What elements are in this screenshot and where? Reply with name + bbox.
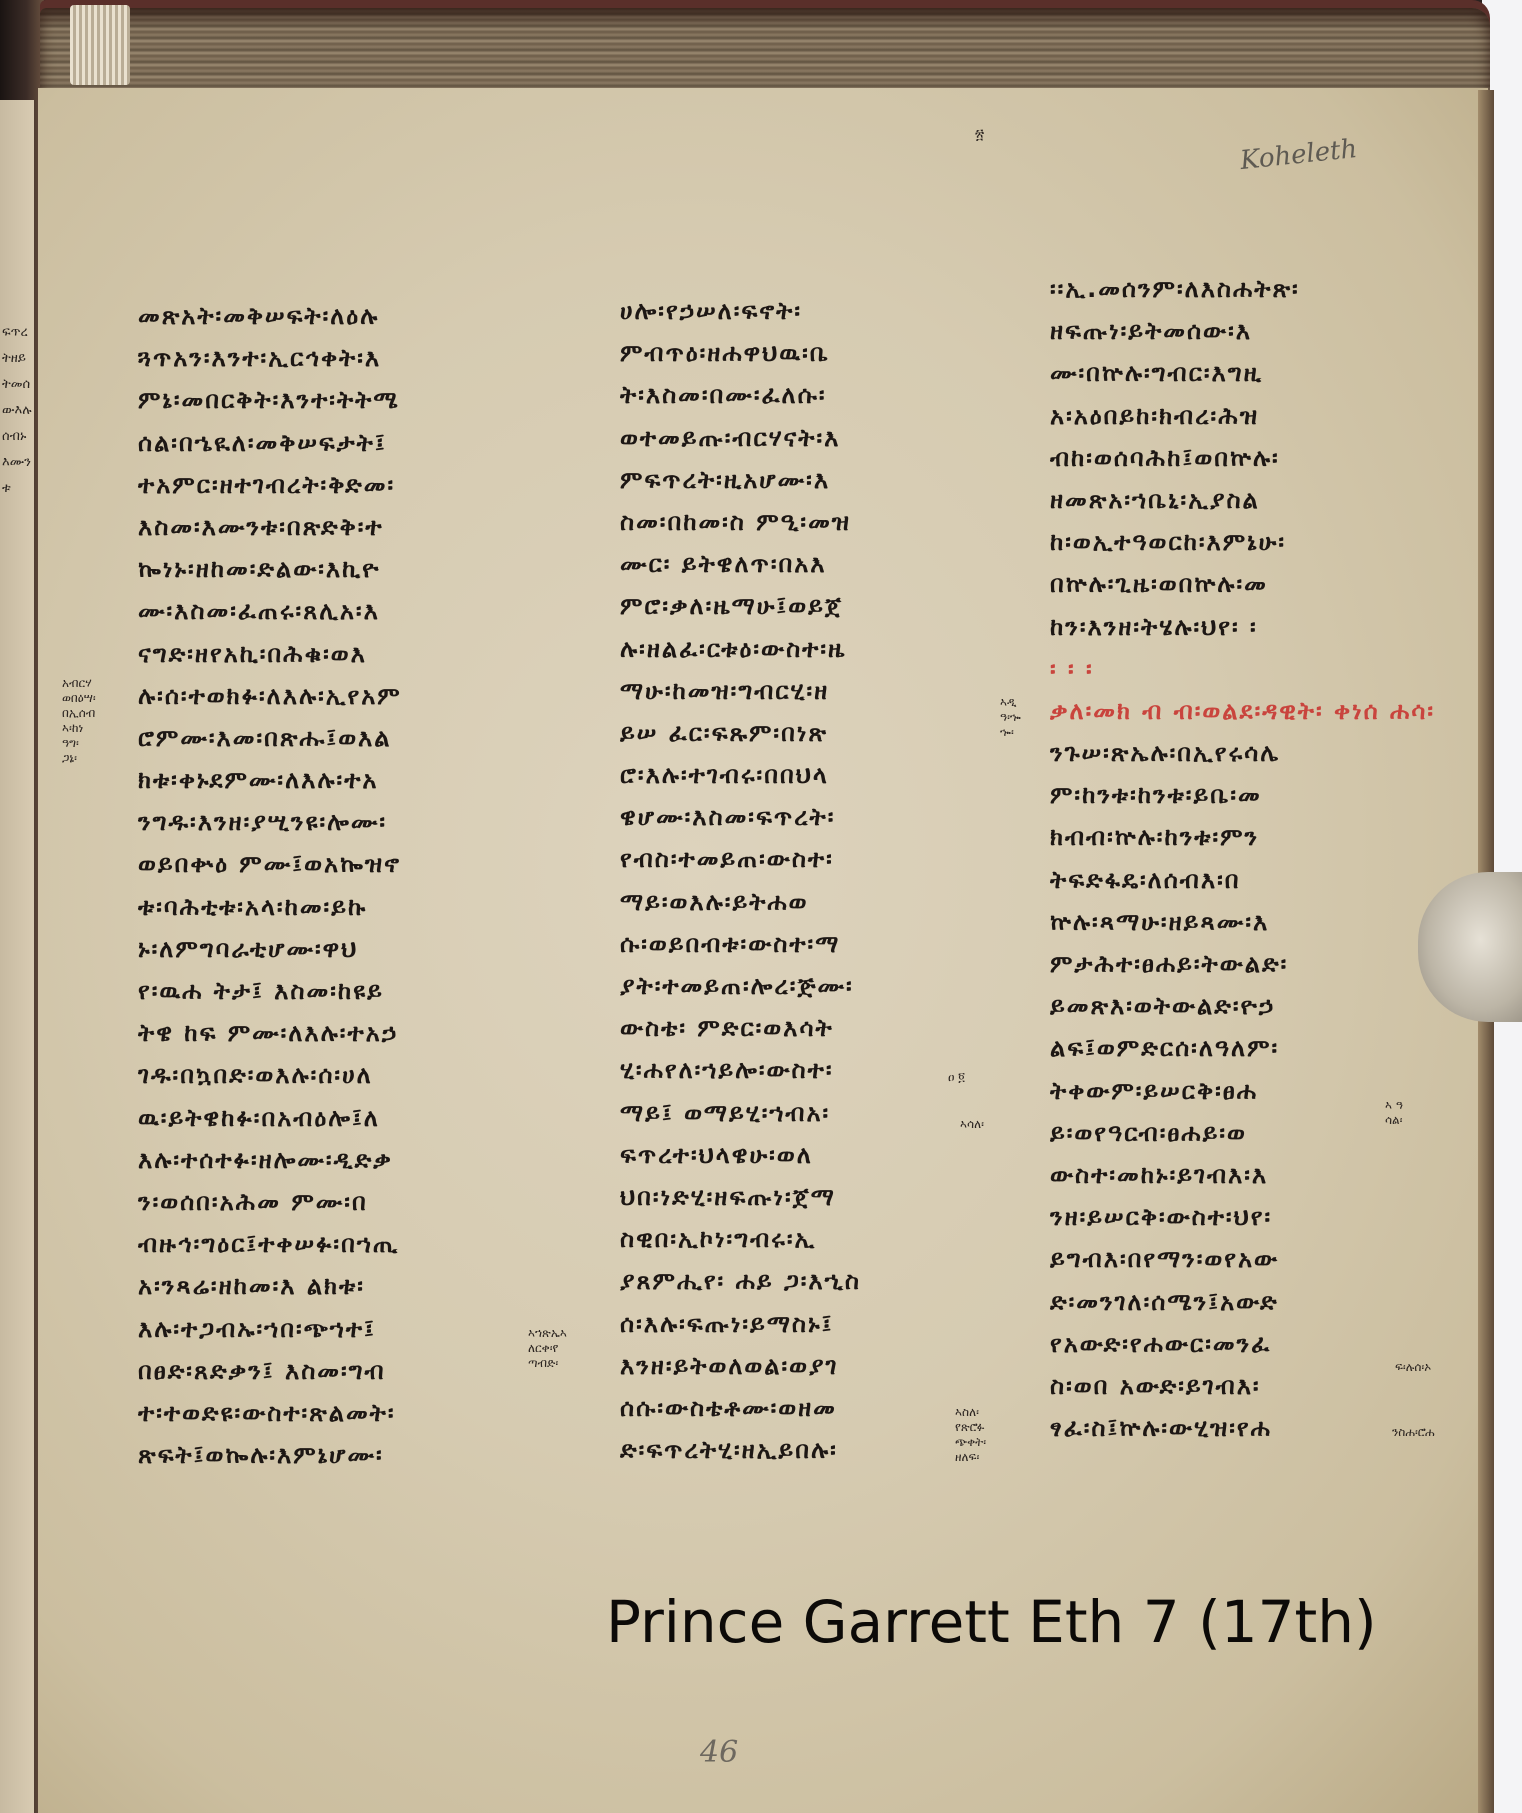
text-line: ማይ፤ ወማይሂ፡ኀብአ፡ bbox=[620, 1092, 1010, 1134]
text-line: ዘመጽአ፡ኀቤኒ፡ኢያስል bbox=[1050, 479, 1460, 521]
text-line: ምፍጥረት፡ዚአሆሙ፡እ bbox=[620, 459, 1010, 501]
text-line: ህበ፡ነድሂ፡ዘፍጡነ፡ጀማ bbox=[620, 1176, 1010, 1218]
text-line: ሮምሙ፡እመ፡በጽሑ፤ወእል bbox=[138, 717, 538, 759]
text-line: ፡ ፡ ፡ bbox=[1050, 648, 1460, 690]
text-line: ሀሎ፡የኃሠለ፡ፍኖት፡ bbox=[620, 290, 1010, 332]
text-line: ማይ፡ወእሉ፡ይትሐወ bbox=[620, 881, 1010, 923]
previous-leaf-text: ፍጥረትዘይትመሰውእሉሰብኑእሙንቱ bbox=[2, 320, 32, 502]
text-line: ቱ፡ባሕቲቱ፡አላ፡ከመ፡ይኩ bbox=[138, 886, 538, 928]
text-line: እሉ፡ተጋብኡ፡ኀበ፡ጭኀተ፤ bbox=[138, 1308, 538, 1350]
text-line: ይግብእ፡በየማን፡ወየአው bbox=[1050, 1238, 1460, 1280]
text-line: ከ፡ወኢተዓወርከ፡እምኔሁ፡ bbox=[1050, 521, 1460, 563]
text-line: ት፡እስመ፡በሙ፡ፈለሱ፡ bbox=[620, 374, 1010, 416]
text-line: እስመ፡እሙንቱ፡በጽድቅ፡ተ bbox=[138, 506, 538, 548]
top-mark: ፳ bbox=[975, 128, 984, 143]
text-line: ወተመይጡ፡ብርሃናት፡እ bbox=[620, 417, 1010, 459]
text-line: ሰ፡እሉ፡ፍጡነ፡ይማስኑ፤ bbox=[620, 1303, 1010, 1345]
text-line: አ፡አዕበይከ፡ክብረ፡ሕዝ bbox=[1050, 395, 1460, 437]
text-line: ድ፡መንገለ፡ሰሜን፤አውድ bbox=[1050, 1281, 1460, 1323]
text-column-b: ሀሎ፡የኃሠለ፡ፍኖት፡ምብጥዕ፡ዘሐዋህዉ፡ቤት፡እስመ፡በሙ፡ፈለሱ፡ወተመ… bbox=[620, 290, 1010, 1471]
text-line: ድ፡ፍጥረትሂ፡ዘኢይበሉ፡ bbox=[620, 1429, 1010, 1471]
margin-note-right-bottom: ንስሐ፡ሮሐ bbox=[1392, 1425, 1435, 1440]
text-line: ንዘ፡ይሠርቅ፡ውስተ፡ህየ፡ bbox=[1050, 1196, 1460, 1238]
margin-note-left: አብርሃ ወበዕሣ፡ በኢሰብ ኣ፡ከነ ዓግ፡ ጋኔ፡ bbox=[62, 676, 96, 766]
text-line: ምኔ፡መበርቅት፡እንተ፡ትትሜ bbox=[138, 379, 538, 421]
caption-label: Prince Garrett Eth 7 (17th) bbox=[606, 1588, 1377, 1656]
text-line: ምብጥዕ፡ዘሐዋህዉ፡ቤ bbox=[620, 332, 1010, 374]
text-line: ያጸምሒየ፡ ሐይ ጋ፡እኂስ bbox=[620, 1260, 1010, 1302]
text-line: ሉ፡ሰ፡ተወክፉ፡ለእሉ፡ኢየአም bbox=[138, 675, 538, 717]
folio-number: 46 bbox=[700, 1735, 738, 1770]
text-line: ዉ፡ይትዌከፉ፡በአብዕሎ፤ለ bbox=[138, 1097, 538, 1139]
text-line: ስመ፡በከመ፡ስ ምዒ፡መዝ bbox=[620, 501, 1010, 543]
text-line: ሙ፡በኵሉ፡ግብር፡እግዚ bbox=[1050, 352, 1460, 394]
text-line: የ፡ዉሐ ትታ፤ እስመ፡ከዩይ bbox=[138, 970, 538, 1012]
text-line: ኑ፡ለምግባራቲሆሙ፡ዋህ bbox=[138, 928, 538, 970]
text-line: ምሮ፡ቃለ፡ዜማሁ፤ወይጀ bbox=[620, 585, 1010, 627]
text-line: በፀድ፡ጸድቃን፤ እስመ፡ግብ bbox=[138, 1350, 538, 1392]
margin-note-right-mid: ኣ ዓ ሳል፡ bbox=[1385, 1098, 1403, 1128]
text-column-a: መጽአት፡መቅሠፍት፡ለዕሉጓጥአን፡እንተ፡ኢርኅቀት፡እምኔ፡መበርቅት፡እ… bbox=[138, 295, 538, 1476]
text-line: ትፍድፋዴ፡ለሰብእ፡በ bbox=[1050, 859, 1460, 901]
text-line: ንጉሠ፡ጽኤሉ፡በኢየሩሳሌ bbox=[1050, 732, 1460, 774]
margin-note-mid-lower: ኣሳለ፡ bbox=[960, 1117, 984, 1132]
text-line: ሮ፡እሉ፡ተገብሩ፡በበህላ bbox=[620, 754, 1010, 796]
text-line: ቃለ፡መክ ብ ብ፡ወልደ፡ዳዊት፡ ቀነሰ ሐሳ፡ bbox=[1050, 690, 1460, 732]
text-line: ይመጽእ፡ወትውልድ፡ዮኃ bbox=[1050, 985, 1460, 1027]
page-top-edge bbox=[40, 8, 1490, 98]
text-line: ሱ፡ወይበብቱ፡ውስተ፡ማ bbox=[620, 923, 1010, 965]
text-line: ን፡ወሰበ፡አሕመ ምሙ፡በ bbox=[138, 1181, 538, 1223]
text-line: ንግዱ፡እንዘ፡ያሢንዩ፡ሎሙ፡ bbox=[138, 801, 538, 843]
text-line: ኰነኑ፡ዘከመ፡ድልው፡እኪዮ bbox=[138, 548, 538, 590]
text-line: ዌሆሙ፡እስመ፡ፍጥረት፡ bbox=[620, 796, 1010, 838]
text-line: ፍጥረተ፡ህላዌሁ፡ወለ bbox=[620, 1134, 1010, 1176]
text-line: ወይበቍዕ ምሙ፤ወአኰዝኖ bbox=[138, 843, 538, 885]
margin-note-right-lower: ፍ፡ሉሰ፡ኦ bbox=[1395, 1360, 1431, 1375]
text-line: ብከ፡ወሰባሕከ፤ወበኵሉ፡ bbox=[1050, 437, 1460, 479]
previous-leaf: ፍጥረትዘይትመሰውእሉሰብኑእሙንቱ bbox=[0, 100, 34, 1813]
margin-note-mid-bottom-left: ኣኀጽኤኣ ለርቀ፡የ ጣብድ፡ bbox=[528, 1326, 567, 1371]
margin-note-right-upper: ኣዲ ዓ፡ኈ ኈ፡ bbox=[1000, 695, 1021, 740]
text-line: ይሠ ፈር፡ፍጹም፡በነጽ bbox=[620, 712, 1010, 754]
text-line: ም፡ከንቱ፡ከንቱ፡ይቤ፡መ bbox=[1050, 774, 1460, 816]
text-line: በኵሉ፡ጊዜ፡ወበኵሉ፡መ bbox=[1050, 563, 1460, 605]
margin-note-mid-upper: ዐ ፬ bbox=[948, 1070, 965, 1085]
text-line: ፡፡ኢ.መሰንም፡ለእስሐትጽ፡ bbox=[1050, 268, 1460, 310]
text-line: ትዌ ከፍ ምሙ፡ለእሉ፡ተአኃ bbox=[138, 1012, 538, 1054]
text-line: ያት፡ተመይጠ፡ሎረ፡ጅሙ፡ bbox=[620, 965, 1010, 1007]
text-line: ሙ፡እስመ፡ፈጠሩ፡ጸሊአ፡እ bbox=[138, 590, 538, 632]
text-line: ምታሕተ፡ፀሐይ፡ትውልድ፡ bbox=[1050, 943, 1460, 985]
text-line: ሙር፡ ይትዌለጥ፡በአእ bbox=[620, 543, 1010, 585]
margin-note-mid-bottom-right: ኣስለ፡ የጽሮፉ ጭቀት፡ ዘለፍ፡ bbox=[955, 1405, 986, 1465]
text-line: የብስ፡ተመይጠ፡ውስተ፡ bbox=[620, 838, 1010, 880]
text-line: ልፍ፤ወምድርሰ፡ለዓለም፡ bbox=[1050, 1027, 1460, 1069]
text-line: ክቱ፡ቀኑደምሙ፡ለእሉ፡ተአ bbox=[138, 759, 538, 801]
text-line: ብዙኅ፡ግዕር፤ተቀሠፉ፡በኀጢ bbox=[138, 1223, 538, 1265]
text-line: የአውድ፡የሐውር፡መንፈ bbox=[1050, 1323, 1460, 1365]
text-line: መጽአት፡መቅሠፍት፡ለዕሉ bbox=[138, 295, 538, 337]
text-line: እንዘ፡ይትወለወል፡ወያገ bbox=[620, 1345, 1010, 1387]
text-line: ማሁ፡ከመዝ፡ግብርሂ፡ዘ bbox=[620, 670, 1010, 712]
text-line: ተ፡ተወድዩ፡ውስተ፡ጽልመት፡ bbox=[138, 1392, 538, 1434]
text-line: ናግድ፡ዘየአኪ፡በሕቁ፡ወእ bbox=[138, 633, 538, 675]
text-line: ጽፍት፤ወኰሉ፡እምኔሆሙ፡ bbox=[138, 1434, 538, 1476]
text-line: ዘፍጡነ፡ይትመሰው፡እ bbox=[1050, 310, 1460, 352]
text-line: ክብብ፡ኵሉ፡ከንቱ፡ምን bbox=[1050, 816, 1460, 858]
text-line: ተአምር፡ዘተገብረት፡ቅድመ፡ bbox=[138, 464, 538, 506]
text-line: ከን፡እንዘ፡ትሄሉ፡ህየ፡ ፡ bbox=[1050, 606, 1460, 648]
text-line: እሉ፡ተሰተፉ፡ዘሎሙ፡ዲድቃ bbox=[138, 1139, 538, 1181]
text-line: ሰሱ፡ውስቴቶሙ፡ወዘመ bbox=[620, 1387, 1010, 1429]
text-line: ውስቴ፡ ምድር፡ወእሳት bbox=[620, 1007, 1010, 1049]
text-line: ውስተ፡መከኑ፡ይገብእ፡እ bbox=[1050, 1154, 1460, 1196]
text-line: ኵሉ፡ጻማሁ፡ዘይጻሙ፡እ bbox=[1050, 901, 1460, 943]
binding-threads bbox=[70, 5, 130, 85]
text-line: ገዱ፡በኳበድ፡ወእሉ፡ሰ፡ሀለ bbox=[138, 1054, 538, 1096]
text-line: ሰል፡በኄዪለ፡መቅሠፍታት፤ bbox=[138, 422, 538, 464]
text-line: ጓጥአን፡እንተ፡ኢርኅቀት፡እ bbox=[138, 337, 538, 379]
text-line: አ፡ንጻሬ፡ዘከመ፡እ ልክቱ፡ bbox=[138, 1265, 538, 1307]
text-line: ሉ፡ዘልፈ፡ርቱዕ፡ውስተ፡ዜ bbox=[620, 628, 1010, 670]
text-column-c: ፡፡ኢ.መሰንም፡ለእስሐትጽ፡ዘፍጡነ፡ይትመሰው፡እሙ፡በኵሉ፡ግብር፡እግ… bbox=[1050, 268, 1460, 1449]
text-line: ስዊበ፡ኢኮነ፡ግብሩ፡ኢ bbox=[620, 1218, 1010, 1260]
